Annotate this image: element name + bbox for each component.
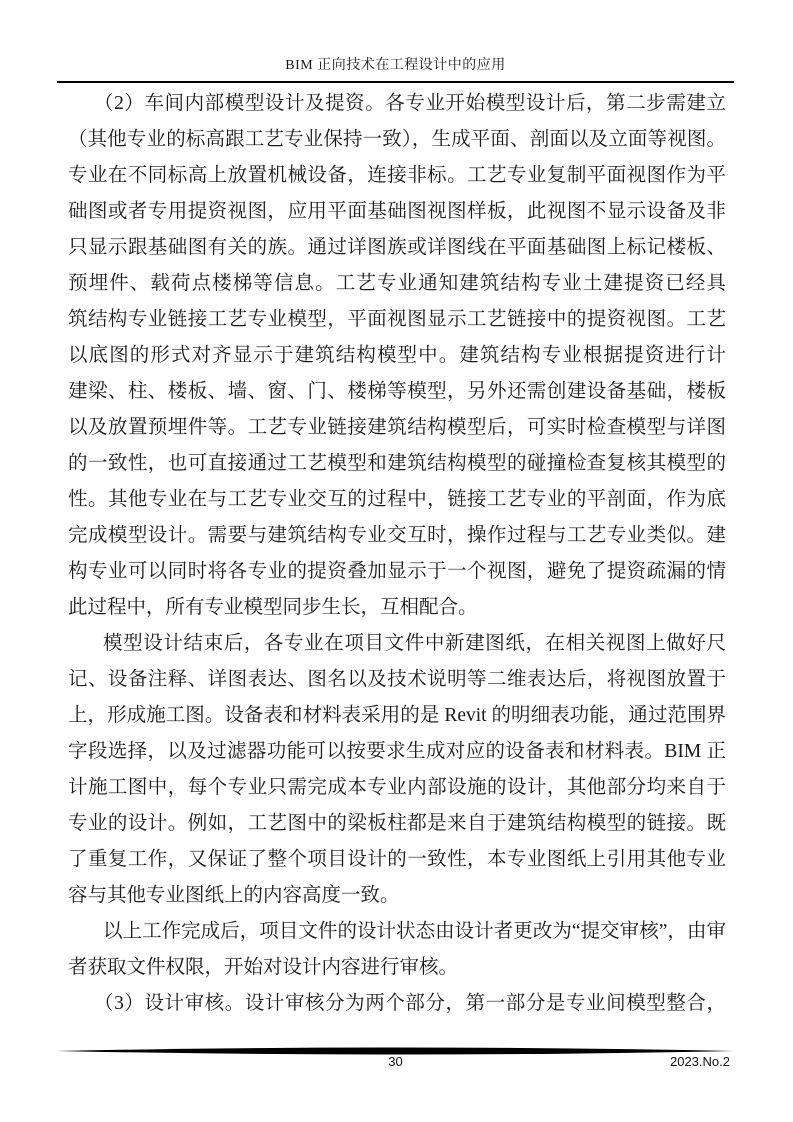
text-line: 建梁、柱、楼板、墙、窗、门、楼梯等模型，另外还需创建设备基础，楼板开孔	[68, 374, 726, 410]
issue-number: 2023.No.2	[670, 1052, 730, 1072]
text-line: 础图或者专用提资视图，应用平面基础图视图样板，此视图不显示设备及非标件，	[68, 194, 726, 230]
paragraph: 以上工作完成后，项目文件的设计状态由设计者更改为“提交审核”，由审核 者获取文件…	[68, 914, 726, 986]
text-line: 性。其他专业在与工艺专业交互的过程中，链接工艺专业的平剖面，作为底图，	[68, 482, 726, 518]
text-line: 完成模型设计。需要与建筑结构专业交互时，操作过程与工艺专业类似。建筑结	[68, 518, 726, 554]
text-line: （3）设计审核。设计审核分为两个部分，第一部分是专业间模型整合，审核	[68, 986, 726, 1022]
text-line: 只显示跟基础图有关的族。通过详图族或详图线在平面基础图上标记楼板、孔洞、	[68, 230, 726, 266]
text-line: 以及放置预埋件等。工艺专业链接建筑结构模型后，可实时检查模型与详图提资	[68, 410, 726, 446]
text-line: （其他专业的标高跟工艺专业保持一致），生成平面、剖面以及立面等视图。工艺	[68, 122, 726, 158]
text-line: 者获取文件权限，开始对设计内容进行审核。	[68, 950, 726, 986]
article-body: （2）车间内部模型设计及提资。各专业开始模型设计后，第二步需建立标高 （其他专业…	[68, 86, 726, 1022]
page-number: 30	[57, 1052, 734, 1072]
header-rule	[57, 81, 734, 83]
text-line: 模型设计结束后，各专业在项目文件中新建图纸，在相关视图上做好尺寸标	[68, 626, 726, 662]
text-line: 记、设备注释、详图表达、图名以及技术说明等二维表达后，将视图放置于图纸	[68, 662, 726, 698]
text-line: 预埋件、载荷点楼梯等信息。工艺专业通知建筑结构专业土建提资已经具备，建	[68, 266, 726, 302]
paragraph: （2）车间内部模型设计及提资。各专业开始模型设计后，第二步需建立标高 （其他专业…	[68, 86, 726, 626]
text-line: 的一致性，也可直接通过工艺模型和建筑结构模型的碰撞检查复核其模型的准确	[68, 446, 726, 482]
text-line: 计施工图中，每个专业只需完成本专业内部设施的设计，其他部分均来自于其他	[68, 770, 726, 806]
paragraph: 模型设计结束后，各专业在项目文件中新建图纸，在相关视图上做好尺寸标 记、设备注释…	[68, 626, 726, 914]
text-line: 筑结构专业链接工艺专业模型，平面视图显示工艺链接中的提资视图。工艺提资	[68, 302, 726, 338]
paragraph: （3）设计审核。设计审核分为两个部分，第一部分是专业间模型整合，审核	[68, 986, 726, 1022]
running-header-title: BIM 正向技术在工程设计中的应用	[57, 56, 734, 76]
text-line: 容与其他专业图纸上的内容高度一致。	[68, 878, 726, 914]
text-line: 上，形成施工图。设备表和材料表采用的是 Revit 的明细表功能，通过范围界定，	[68, 698, 726, 734]
text-line: 以底图的形式对齐显示于建筑结构模型中。建筑结构专业根据提资进行计算，创	[68, 338, 726, 374]
text-line: 字段选择，以及过滤器功能可以按要求生成对应的设备表和材料表。BIM 正向设	[68, 734, 726, 770]
text-line: （2）车间内部模型设计及提资。各专业开始模型设计后，第二步需建立标高	[68, 86, 726, 122]
text-line: 专业的设计。例如，工艺图中的梁板柱都是来自于建筑结构模型的链接。既减少	[68, 806, 726, 842]
footer: 30 2023.No.2	[57, 1052, 734, 1072]
text-line: 了重复工作，又保证了整个项目设计的一致性，本专业图纸上引用其他专业的内	[68, 842, 726, 878]
document-page: BIM 正向技术在工程设计中的应用 （2）车间内部模型设计及提资。各专业开始模型…	[0, 0, 793, 1122]
text-line: 构专业可以同时将各专业的提资叠加显示于一个视图，避免了提资疏漏的情况。	[68, 554, 726, 590]
text-line: 以上工作完成后，项目文件的设计状态由设计者更改为“提交审核”，由审核	[68, 914, 726, 950]
text-line: 此过程中，所有专业模型同步生长，互相配合。	[68, 590, 726, 626]
text-line: 专业在不同标高上放置机械设备，连接非标。工艺专业复制平面视图作为平面基	[68, 158, 726, 194]
